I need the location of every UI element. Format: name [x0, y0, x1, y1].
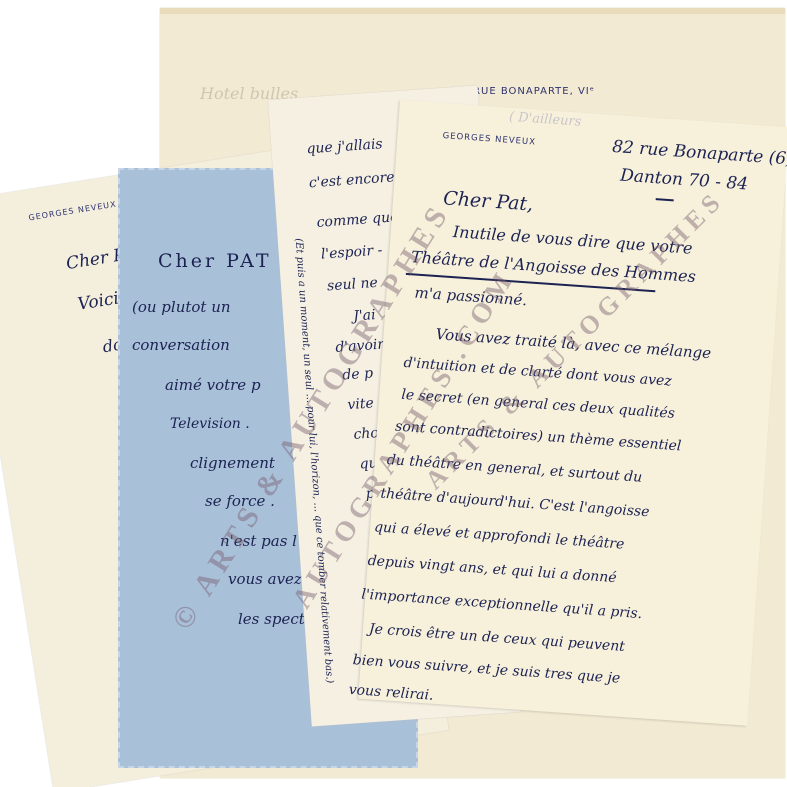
letter-line: comme que: [316, 209, 399, 231]
letter-line: Television .: [170, 416, 250, 432]
body-line: depuis vingt ans, et qui lui a donné: [367, 553, 617, 586]
letter-line: les specta: [238, 610, 314, 628]
address-line-1: 82 rue Bonaparte (6): [612, 137, 787, 170]
body-line: l'importance exceptionnelle qu'il a pris…: [361, 587, 643, 623]
letter-line: vous avez: [228, 570, 302, 588]
salutation: Cher PAT: [158, 250, 272, 272]
letter-line: (ou plutot un: [132, 298, 231, 316]
letter-line: que j'allais: [306, 136, 383, 157]
body-line: théâtre d'aujourd'hui. C'est l'angoisse: [380, 486, 650, 521]
body-line: Je crois être un de ceux qui peuvent: [368, 621, 625, 655]
salutation: Cher Pat,: [442, 187, 533, 215]
letterhead-name: GEORGES NEVEUX: [28, 200, 117, 223]
address-underline: [656, 198, 674, 201]
letter-line: aimé votre p: [165, 376, 261, 394]
letterhead-name: GEORGES NEVEUX: [442, 131, 536, 148]
letter-line: c'est encore: [308, 169, 395, 191]
letter-line: l'espoir -: [320, 242, 383, 262]
body-line: sont contradictoires) un thème essentiel: [395, 418, 682, 454]
address-line-2: Danton 70 - 84: [620, 166, 749, 195]
letter-line: vite: [347, 395, 374, 413]
body-line: qui a élevé et approfondi le théâtre: [374, 519, 625, 552]
faint-note: ( D'ailleurs: [509, 110, 582, 130]
body-line: bien vous suivre, et je suis tres que je: [352, 652, 620, 687]
letter-line: conversation: [132, 336, 230, 354]
